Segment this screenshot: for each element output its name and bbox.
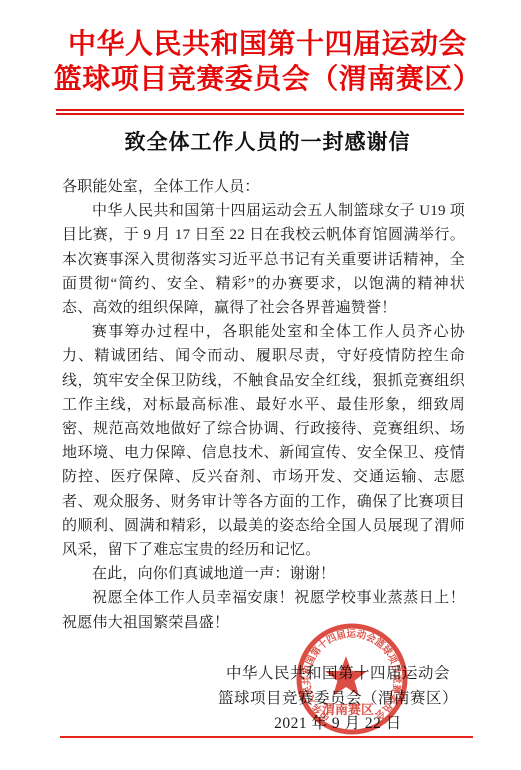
letter-page: 中华人民共和国第十四届运动会 篮球项目竞赛委员会（渭南赛区） 致全体工作人员的一… [0, 0, 521, 770]
signature-block: 中华人民共和国第十四届运动会 篮球项目竞赛委员会（渭南赛区） 2021 年 9 … [218, 661, 458, 736]
letter-salutation: 各职能处室，全体工作人员： [62, 175, 465, 199]
letter-paragraph: 中华人民共和国第十四届运动会五人制篮球女子 U19 项目比赛，于 9 月 17 … [62, 199, 465, 320]
letter-paragraph: 祝愿全体工作人员幸福安康！祝愿学校事业蒸蒸日上！祝愿伟大祖国繁荣昌盛！ [62, 586, 465, 634]
letter-title: 致全体工作人员的一封感谢信 [14, 126, 521, 156]
header-divider [56, 109, 464, 115]
header-line-2: 篮球项目竞赛委员会（渭南赛区） [14, 61, 521, 96]
header-line-1: 中华人民共和国第十四届运动会 [14, 26, 521, 61]
letter-paragraph: 赛事筹办过程中，各职能处室和全体工作人员齐心协力、精诚团结、闻令而动、履职尽责，… [62, 320, 465, 562]
signature-org-line-2: 篮球项目竞赛委员会（渭南赛区） [218, 686, 458, 711]
signature-org-line-1: 中华人民共和国第十四届运动会 [218, 661, 458, 686]
letter-paragraph: 在此，向你们真诚地道一声：谢谢！ [62, 562, 465, 586]
signature-date: 2021 年 9 月 22 日 [218, 711, 458, 736]
document-header: 中华人民共和国第十四届运动会 篮球项目竞赛委员会（渭南赛区） [14, 26, 521, 96]
footer-rule [60, 736, 473, 738]
letter-body: 各职能处室，全体工作人员： 中华人民共和国第十四届运动会五人制篮球女子 U19 … [62, 175, 465, 635]
